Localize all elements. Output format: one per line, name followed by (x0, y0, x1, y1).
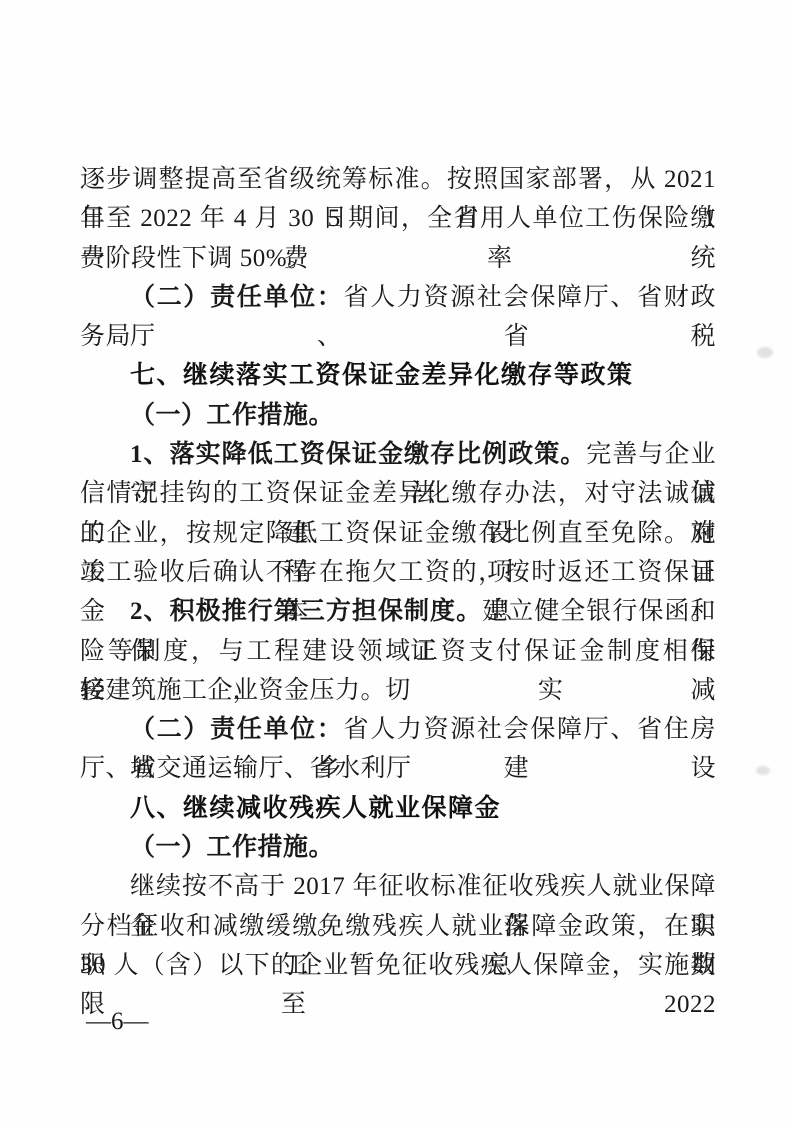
text-line: 竣工验收后确认不存在拖欠工资的，按时返还工资保证金本息。 (80, 553, 716, 592)
text-line: 险等制度，与工程建设领域工资支付保证金制度相衔接，切实减 (80, 632, 716, 671)
scan-artifact-smudge (757, 347, 773, 358)
page-number: —6— (86, 1008, 149, 1036)
text-segment: 一阶段性下调 50%。 (80, 245, 313, 272)
text-line: 分档征收和减缴缓缴免缴残疾人就业保障金政策，在职职工总数 (80, 907, 716, 946)
text-line: 八、继续减收残疾人就业保障金 (80, 789, 716, 828)
text-line: 工企业，按规定降低工资保证金缴存比例直至免除。对工程项目 (80, 514, 716, 553)
text-line: 七、继续落实工资保证金差异化缴存等政策 (80, 356, 716, 395)
text-line: （一）工作措施。 (80, 396, 716, 435)
emphasis-segment: 1、落实降低工资保证金缴存比例政策。 (130, 441, 586, 468)
scan-artifact-smudge (756, 766, 770, 775)
text-line: 逐步调整提高至省级统筹标准。按照国家部署，从 2021 年 5 月 1 (80, 160, 716, 199)
emphasis-segment: （二）责任单位： (130, 284, 344, 311)
emphasis-segment: （二）责任单位： (130, 716, 344, 743)
text-line: 日至 2022 年 4 月 30 日期间，全省用人单位工伤保险缴费费率统 (80, 199, 716, 238)
emphasis-segment: 2、积极推行第三方担保制度。 (130, 598, 482, 625)
emphasis-segment: （一）工作措施。 (130, 834, 334, 861)
text-segment: 轻建筑施工企业资金压力。 (80, 677, 386, 704)
section-heading: 七、继续落实工资保证金差异化缴存等政策 (130, 361, 634, 389)
text-line: 继续按不高于 2017 年征收标准征收残疾人就业保障金。落实 (80, 867, 716, 906)
text-line: 2、积极推行第三方担保制度。建立健全银行保函和保证保 (80, 592, 716, 631)
section-heading: 八、继续减收残疾人就业保障金 (130, 794, 501, 822)
document-body: 逐步调整提高至省级统筹标准。按照国家部署，从 2021 年 5 月 1日至 20… (80, 160, 716, 985)
text-line: （二）责任单位：省人力资源社会保障厅、省住房城乡建设 (80, 710, 716, 749)
text-line: （一）工作措施。 (80, 828, 716, 867)
emphasis-segment: （一）工作措施。 (130, 402, 334, 429)
text-segment: 30 人（含）以下的企业暂免征收残疾人保障金，实施期限至 2022 (80, 952, 716, 1018)
text-line: 30 人（含）以下的企业暂免征收残疾人保障金，实施期限至 2022 (80, 946, 716, 985)
document-page: 逐步调整提高至省级统筹标准。按照国家部署，从 2021 年 5 月 1日至 20… (0, 0, 789, 1122)
text-segment: 务局 (80, 323, 131, 350)
text-line: （二）责任单位：省人力资源社会保障厅、省财政厅、省税 (80, 278, 716, 317)
text-line: 信情况挂钩的工资保证金差异化缴存办法，对守法诚信的建设施 (80, 474, 716, 513)
text-line: 1、落实降低工资保证金缴存比例政策。完善与企业守法诚 (80, 435, 716, 474)
text-segment: 厅、省交通运输厅、省水利厅 (80, 755, 412, 782)
